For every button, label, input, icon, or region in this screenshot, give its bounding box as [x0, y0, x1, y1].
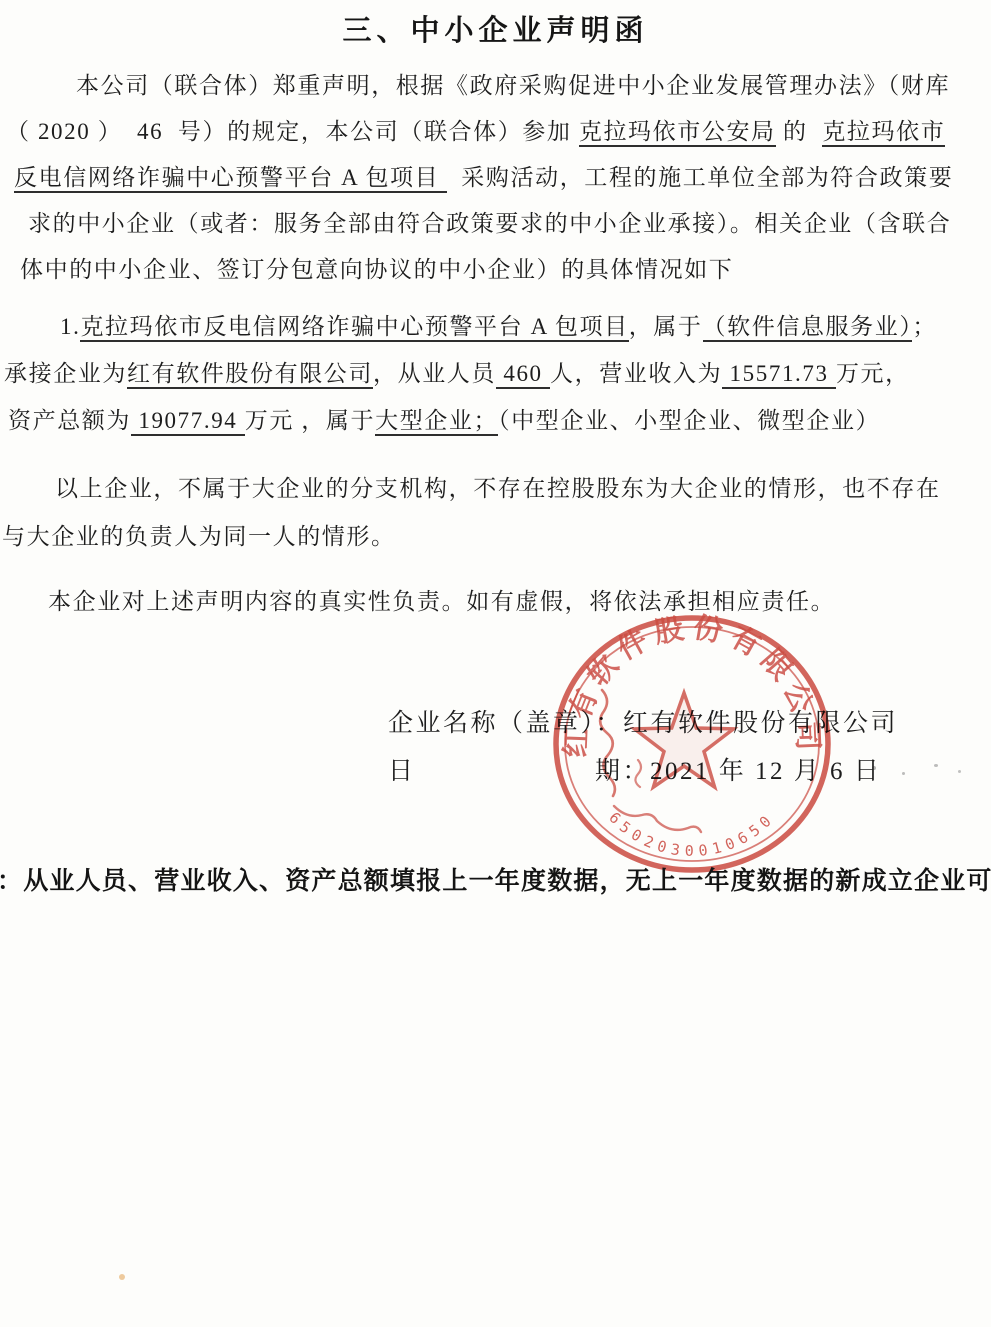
- text-segment: 体中的中小企业、签订分包意向协议的中小企业）的具体情况如下: [20, 257, 733, 282]
- scan-artifact: [902, 772, 905, 775]
- filled-blank-underlined: 克拉玛依市反电信网络诈骗中心预警平台 A 包项目: [80, 314, 628, 342]
- paragraph-line: （ 2020 ） 46 号）的规定，本公司（联合体）参加 克拉玛依市公安局 的 …: [0, 109, 991, 155]
- text-segment: ，属于: [629, 314, 703, 339]
- filled-blank-underlined: 15571.73: [722, 361, 836, 389]
- text-segment: （中型企业、小型企业、微型企业）: [498, 408, 880, 433]
- filled-blank-underlined: 19077.94: [131, 408, 245, 436]
- paragraph-line: 本公司（联合体）郑重声明，根据《政府采购促进中小企业发展管理办法》（财库: [0, 63, 991, 109]
- text-segment: 资产总额为: [8, 408, 131, 433]
- scan-artifact: [934, 764, 938, 767]
- paragraph-line: 体中的中小企业、签订分包意向协议的中小企业）的具体情况如下: [0, 247, 991, 293]
- scan-artifact: [872, 766, 876, 770]
- text-segment: 求的中小企业（或者：服务全部由符合政策要求的中小企业承接）。相关企业（含联合: [28, 211, 951, 236]
- text-segment: ，从业人员: [373, 361, 496, 386]
- date-prefix: 日: [388, 758, 416, 785]
- paragraph-line: 以上企业，不属于大企业的分支机构，不存在控股股东为大企业的情形，也不存在: [0, 465, 991, 513]
- footnote: ：从业人员、营业收入、资产总额填报上一年度数据，无上一年度数据的新成立企业可不填…: [0, 862, 991, 902]
- filled-blank-underlined: 反电信网络诈骗中心预警平台 A 包项目: [14, 165, 447, 193]
- paragraph-line: 反电信网络诈骗中心预警平台 A 包项目 采购活动，工程的施工单位全部为符合政策要: [0, 155, 991, 201]
- paragraph-line: 承接企业为红有软件股份有限公司，从业人员 460 人，营业收入为 15571.7…: [0, 350, 991, 397]
- text-segment: 1.: [60, 314, 80, 339]
- declaration-document: 三、中小企业声明函 本公司（联合体）郑重声明，根据《政府采购促进中小企业发展管理…: [0, 0, 991, 1327]
- paragraph-line: 资产总额为 19077.94 万元 ，属于大型企业；（中型企业、小型企业、微型企…: [0, 397, 991, 444]
- seal-script-squiggle: [635, 760, 641, 787]
- filled-blank-underlined: （软件信息服务业）: [703, 314, 913, 342]
- paragraph-declaration-intro: 本公司（联合体）郑重声明，根据《政府采购促进中小企业发展管理办法》（财库（ 20…: [0, 63, 991, 293]
- paragraph-project-details: 1.克拉玛依市反电信网络诈骗中心预警平台 A 包项目，属于（软件信息服务业）；承…: [0, 303, 991, 444]
- text-segment: 与大企业的负责人为同一人的情形。: [2, 524, 396, 549]
- paragraph-line: 求的中小企业（或者：服务全部由符合政策要求的中小企业承接）。相关企业（含联合: [0, 201, 991, 247]
- filled-blank-underlined: 红有软件股份有限公司: [127, 361, 373, 389]
- paragraph-line: 本企业对上述声明内容的真实性负责。如有虚假，将依法承担相应责任。: [0, 578, 991, 626]
- company-seal-stamp: 红有软件股份有限公司 6502030010650: [542, 594, 842, 894]
- text-segment: 以上企业，不属于大企业的分支机构，不存在控股股东为大企业的情形，也不存在: [55, 476, 941, 501]
- filled-blank-underlined: 大型企业；: [375, 408, 498, 436]
- paragraph-line: 与大企业的负责人为同一人的情形。: [0, 513, 991, 561]
- filled-blank-underlined: 克拉玛依市公安局: [579, 119, 776, 147]
- scan-artifact: [119, 1274, 125, 1280]
- paragraph-responsibility-statement: 本企业对上述声明内容的真实性负责。如有虚假，将依法承担相应责任。: [0, 578, 991, 626]
- document-title: 三、中小企业声明函: [0, 8, 991, 49]
- filled-blank-underlined: 460: [496, 361, 550, 389]
- filled-blank-underlined: 克拉玛依市: [822, 119, 945, 147]
- text-segment: 万元 ，属于: [245, 408, 375, 433]
- text-segment: 万元，: [836, 361, 910, 386]
- text-segment: 本公司（联合体）郑重声明，根据《政府采购促进中小企业发展管理办法》（财库: [76, 73, 950, 98]
- scan-artifact: [958, 770, 961, 773]
- paragraph-no-affiliation-statement: 以上企业，不属于大企业的分支机构，不存在控股股东为大企业的情形，也不存在与大企业…: [0, 465, 991, 561]
- text-segment: 采购活动，工程的施工单位全部为符合政策要: [447, 165, 954, 190]
- paragraph-line: 1.克拉玛依市反电信网络诈骗中心预警平台 A 包项目，属于（软件信息服务业）；: [0, 303, 991, 350]
- text-segment: 承接企业为: [4, 361, 127, 386]
- seal-star-icon: [635, 693, 734, 787]
- text-segment: （ 2020 ） 46 号）的规定，本公司（联合体）参加: [6, 119, 579, 144]
- seal-script-squiggle: [600, 690, 615, 796]
- text-segment: 人，营业收入为: [550, 361, 722, 386]
- text-segment: ；: [912, 314, 937, 339]
- text-segment: 的: [776, 119, 823, 144]
